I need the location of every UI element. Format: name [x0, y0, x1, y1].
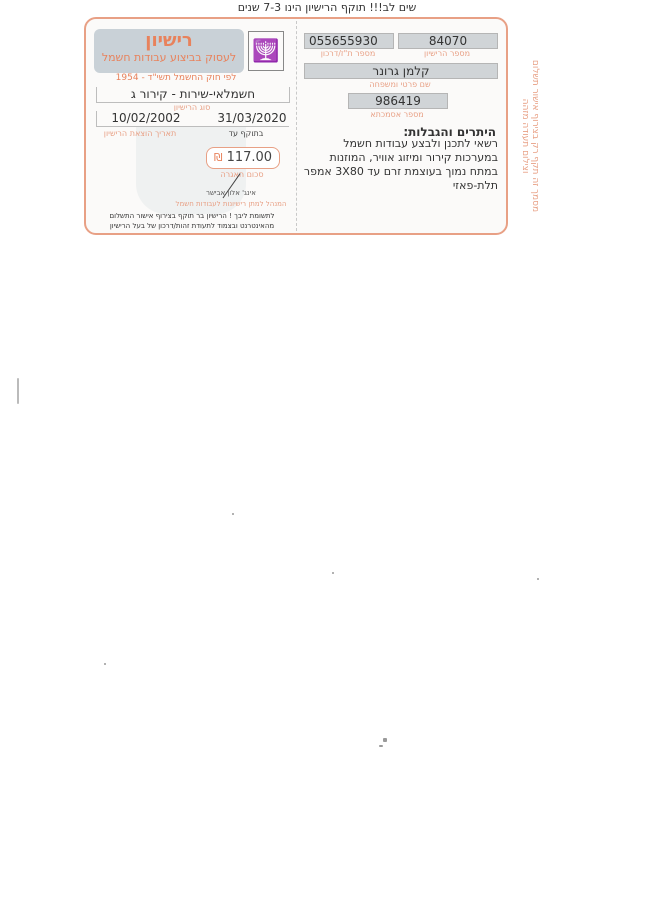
dates-row: 10/02/2002 31/03/2020 — [96, 111, 289, 127]
full-name-field: קלמן גרונר — [304, 63, 498, 79]
fee-amount: 117.00 — [227, 150, 273, 165]
scan-speck — [104, 663, 106, 665]
license-card: רישיון לעסוק בביצוע עבודות חשמל 🕎 לפי חו… — [84, 17, 508, 235]
license-number-field: 84070 — [398, 33, 498, 49]
state-emblem-icon: 🕎 — [248, 31, 284, 71]
full-name-label: שם פרטי ומשפחה — [304, 80, 496, 89]
fee-label: סכום האגרה — [206, 170, 278, 179]
scan-speck — [232, 513, 234, 515]
shekel-icon: ₪ — [214, 151, 223, 164]
valid-until-date: 31/03/2020 — [207, 111, 297, 126]
scan-speck — [383, 738, 387, 742]
signer-title: המנהל למתן רישיונות לעבודות חשמל — [166, 200, 296, 208]
footer-note: לתשומת ליבך ! הרישיון בר תוקף בצירוף איש… — [96, 211, 288, 231]
scan-speck — [332, 572, 334, 574]
card-divider — [296, 21, 297, 231]
scan-speck — [537, 578, 539, 580]
scan-speck — [17, 378, 19, 404]
top-note: שים לב!!! תוקף הרישיון הינו 7-3 שנים — [0, 2, 654, 14]
license-subtitle: לעסוק בביצוע עבודות חשמל — [94, 51, 244, 64]
valid-until-label: בתוקף עד — [206, 129, 286, 138]
reference-number-field: 986419 — [348, 93, 448, 109]
license-number-label: מספר הרישיון — [398, 49, 496, 58]
license-type-field: חשמלאי-שירות - קירור ג — [96, 87, 290, 103]
law-reference: לפי חוק החשמל תשי"ד - 1954 — [96, 73, 256, 83]
scan-speck — [379, 745, 383, 747]
issue-date: 10/02/2002 — [101, 111, 191, 126]
title-box: רישיון לעסוק בביצוע עבודות חשמל — [94, 29, 244, 73]
issue-date-label: תאריך הוצאת הרישיון — [90, 129, 190, 138]
restrictions-text: רשאי לתכנן ולבצע עבודות חשמל במערכות קיר… — [302, 137, 498, 193]
passport-id-field: 055655930 — [304, 33, 394, 49]
side-note: מסמך זה תקף רק בצירוף אישור תשלום וצילום… — [508, 50, 548, 220]
fee-box: ₪117.00 — [206, 147, 280, 169]
reference-number-label: מספר אסמכתא — [348, 110, 446, 119]
side-note-text: מסמך זה תקף רק בצירוף אישור תשלום וצילום… — [520, 56, 540, 216]
signer-name: אינג' אלון אבישר — [186, 189, 276, 197]
passport-id-label: מספר ת"ז/דרכון — [304, 49, 392, 58]
license-title: רישיון — [94, 31, 244, 51]
